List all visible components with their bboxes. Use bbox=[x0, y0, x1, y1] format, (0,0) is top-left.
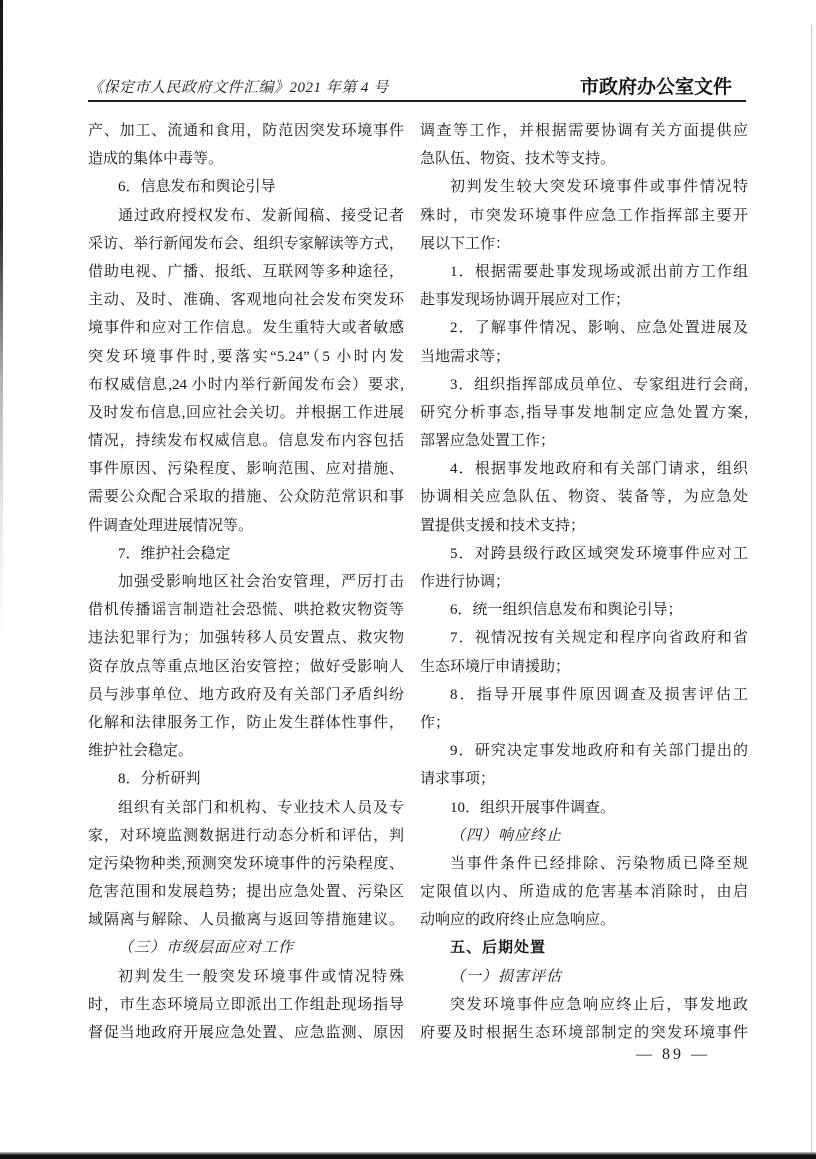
text-line: 主动、及时、准确、客观地向社会发布突发环 bbox=[88, 286, 404, 314]
text-line: 定污染物种类,预测突发环境事件的污染程度、 bbox=[88, 850, 404, 878]
text-line: 部署应急处置工作； bbox=[420, 427, 748, 455]
text-line: 9．研究决定事发地政府和有关部门提出的 bbox=[420, 737, 748, 765]
text-line: 家，对环境监测数据进行动态分析和评估，判 bbox=[88, 822, 404, 850]
text-line: 初判发生较大突发环境事件或事件情况特 bbox=[420, 173, 748, 201]
text-line: 危害范围和发展趋势；提出应急处置、污染区 bbox=[88, 878, 404, 906]
text-line: 督促当地政府开展应急处置、应急监测、原因 bbox=[88, 1019, 404, 1047]
text-line: 加强受影响地区社会治安管理，严厉打击 bbox=[88, 568, 404, 596]
text-line: 置提供支援和技术支持； bbox=[420, 512, 748, 540]
text-line: 3．组织指挥部成员单位、专家组进行会商, bbox=[420, 371, 748, 399]
text-line: 协调相关应急队伍、物资、装备等，为应急处 bbox=[420, 483, 748, 511]
text-line: 研究分析事态,指导事发地制定应急处置方案, bbox=[420, 399, 748, 427]
header-doc-category: 市政府办公室文件 bbox=[580, 72, 732, 99]
text-line: 7．维护社会稳定 bbox=[88, 540, 404, 568]
text-line: 借机传播谣言制造社会恐慌、哄抢救灾物资等 bbox=[88, 596, 404, 624]
text-line: 生态环境厅申请援助； bbox=[420, 653, 748, 681]
text-line: 境事件和应对工作信息。发生重特大或者敏感 bbox=[88, 314, 404, 342]
text-line: 突发环境事件应急响应终止后，事发地政 bbox=[420, 991, 748, 1019]
text-line: 4．根据事发地政府和有关部门请求，组织 bbox=[420, 455, 748, 483]
right-column: 调查等工作，并根据需要协调有关方面提供应急队伍、物资、技术等支持。初判发生较大突… bbox=[420, 117, 748, 1047]
scan-artifact-left-edge bbox=[0, 0, 3, 640]
text-line: 采访、举行新闻发布会、组织专家解读等方式， bbox=[88, 230, 404, 258]
text-line: 8．指导开展事件原因调查及损害评估工 bbox=[420, 681, 748, 709]
text-line: 作进行协调； bbox=[420, 568, 748, 596]
text-line: 府要及时根据生态环境部制定的突发环境事件 bbox=[420, 1019, 748, 1047]
header-divider bbox=[88, 100, 746, 102]
text-line: 当事件条件已经排除、污染物质已降至规 bbox=[420, 850, 748, 878]
text-line: 布权威信息,24 小时内举行新闻发布会）要求, bbox=[88, 371, 404, 399]
text-line: 2．了解事件情况、影响、应急处置进展及 bbox=[420, 314, 748, 342]
text-line: 员与涉事单位、地方政府及有关部门矛盾纠纷 bbox=[88, 681, 404, 709]
document-page: 《保定市人民政府文件汇编》2021 年第 4 号 市政府办公室文件 产、加工、流… bbox=[0, 0, 816, 1159]
text-line: 造成的集体中毒等。 bbox=[88, 145, 404, 173]
text-line: 5．对跨县级行政区域突发环境事件应对工 bbox=[420, 540, 748, 568]
text-line: 7．视情况按有关规定和程序向省政府和省 bbox=[420, 624, 748, 652]
page-number: — 89 — bbox=[636, 1046, 710, 1064]
text-line: 殊时，市突发环境事件应急工作指挥部主要开 bbox=[420, 202, 748, 230]
text-line: 急队伍、物资、技术等支持。 bbox=[420, 145, 748, 173]
text-line: 借助电视、广播、报纸、互联网等多种途径， bbox=[88, 258, 404, 286]
text-line: 6．信息发布和舆论引导 bbox=[88, 173, 404, 201]
text-line: 维护社会稳定。 bbox=[88, 737, 404, 765]
left-column: 产、加工、流通和食用，防范因突发环境事件造成的集体中毒等。6．信息发布和舆论引导… bbox=[88, 117, 404, 1047]
text-line: 资存放点等重点地区治安管控；做好受影响人 bbox=[88, 653, 404, 681]
scan-artifact-bottom-edge bbox=[0, 1152, 816, 1159]
text-line: （四）响应终止 bbox=[420, 822, 748, 850]
text-line: 动响应的政府终止应急响应。 bbox=[420, 906, 748, 934]
text-line: 组织有关部门和机构、专业技术人员及专 bbox=[88, 794, 404, 822]
text-line: 需要公众配合采取的措施、公众防范常识和事 bbox=[88, 483, 404, 511]
text-line: 违法犯罪行为；加强转移人员安置点、救灾物 bbox=[88, 624, 404, 652]
text-line: 调查等工作，并根据需要协调有关方面提供应 bbox=[420, 117, 748, 145]
text-line: 作； bbox=[420, 709, 748, 737]
text-line: 展以下工作： bbox=[420, 230, 748, 258]
text-line: 产、加工、流通和食用，防范因突发环境事件 bbox=[88, 117, 404, 145]
text-line: 6．统一组织信息发布和舆论引导； bbox=[420, 596, 748, 624]
text-line: 通过政府授权发布、发新闻稿、接受记者 bbox=[88, 202, 404, 230]
text-line: 定限值以内、所造成的危害基本消除时，由启 bbox=[420, 878, 748, 906]
text-line: 8．分析研判 bbox=[88, 765, 404, 793]
text-line: 1．根据需要赴事发现场或派出前方工作组 bbox=[420, 258, 748, 286]
header-publication-title: 《保定市人民政府文件汇编》2021 年第 4 号 bbox=[88, 76, 389, 97]
text-line: 情况，持续发布权威信息。信息发布内容包括 bbox=[88, 427, 404, 455]
text-line: 赴事发现场协调开展应对工作； bbox=[420, 286, 748, 314]
text-line: 及时发布信息,回应社会关切。并根据工作进展 bbox=[88, 399, 404, 427]
text-line: 时，市生态环境局立即派出工作组赴现场指导 bbox=[88, 991, 404, 1019]
text-line: 请求事项； bbox=[420, 765, 748, 793]
text-line: （三）市级层面应对工作 bbox=[88, 934, 404, 962]
text-line: 10．组织开展事件调查。 bbox=[420, 794, 748, 822]
scan-artifact-right-edge bbox=[811, 25, 812, 1153]
text-line: 突发环境事件时,要落实“5.24”（5 小时内发 bbox=[88, 343, 404, 371]
text-line: 域隔离与解除、人员撤离与返回等措施建议。 bbox=[88, 906, 404, 934]
text-line: 当地需求等； bbox=[420, 343, 748, 371]
text-line: 事件原因、污染程度、影响范围、应对措施、 bbox=[88, 455, 404, 483]
text-line: （一）损害评估 bbox=[420, 963, 748, 991]
text-line: 件调查处理进展情况等。 bbox=[88, 512, 404, 540]
text-line: 五、后期处置 bbox=[420, 934, 748, 962]
text-line: 初判发生一般突发环境事件或情况特殊 bbox=[88, 963, 404, 991]
text-line: 化解和法律服务工作，防止发生群体性事件， bbox=[88, 709, 404, 737]
